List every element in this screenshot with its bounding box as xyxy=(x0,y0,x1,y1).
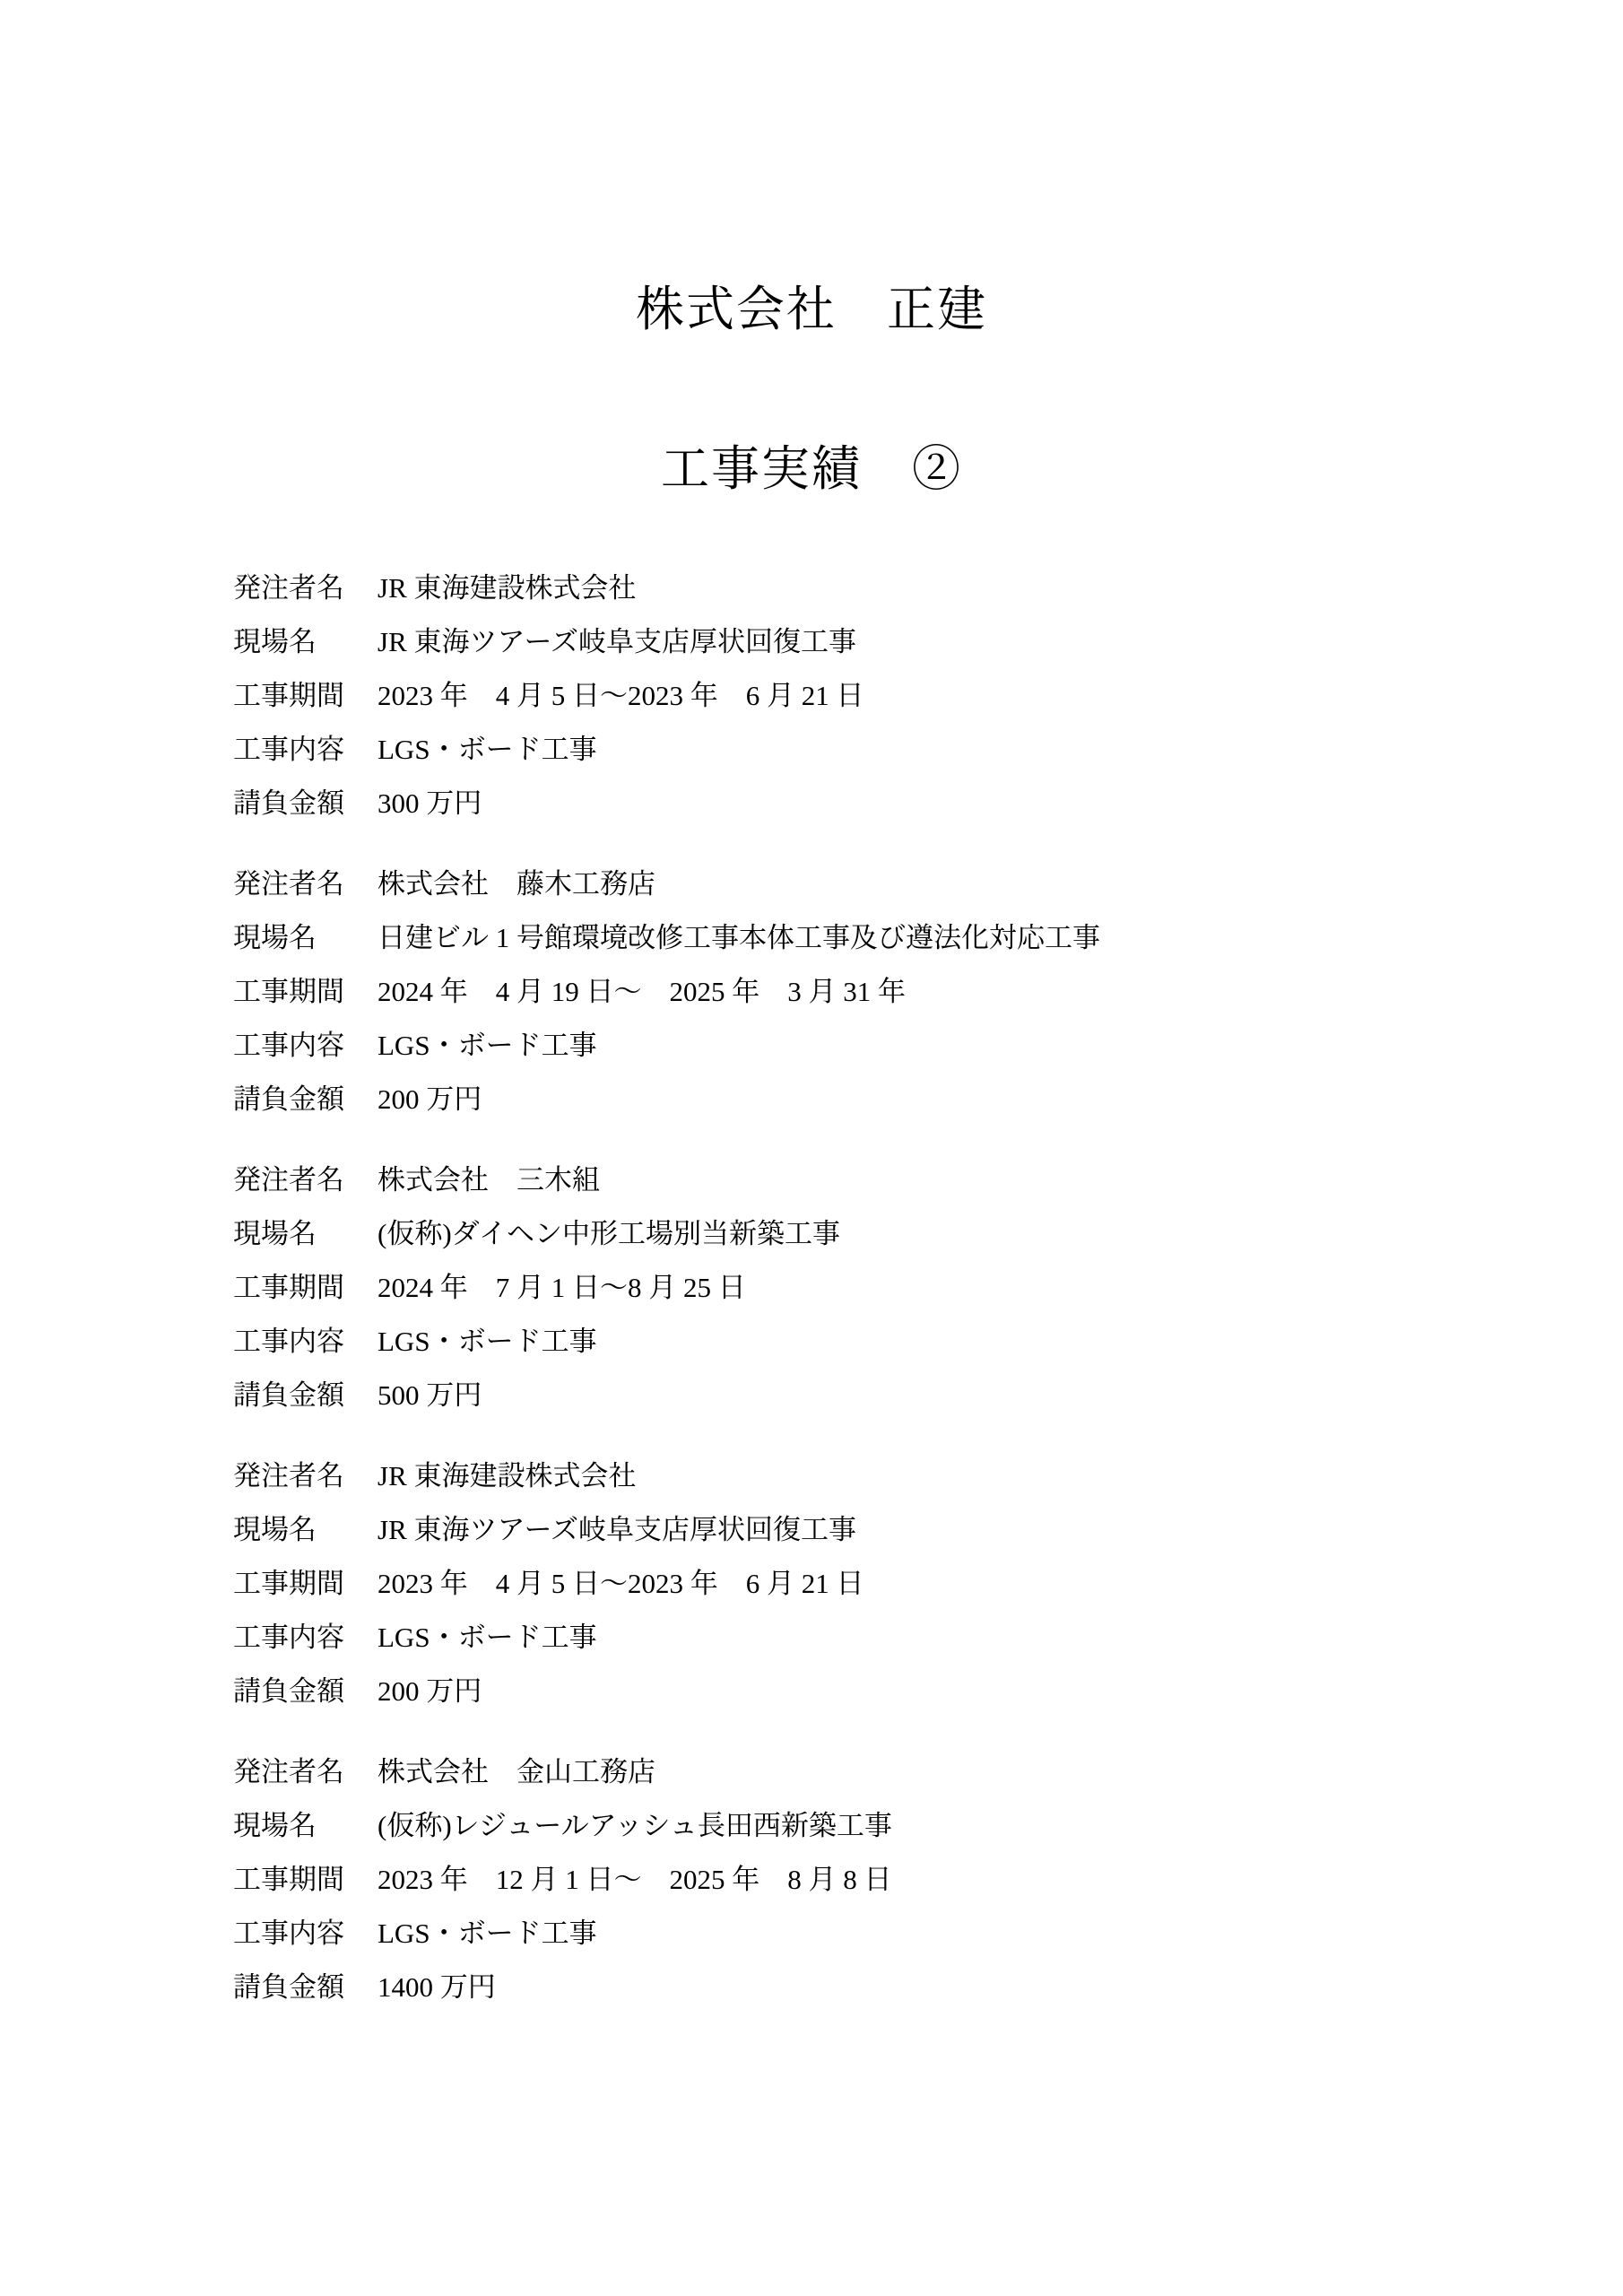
field-row-amount: 請負金額 200 万円 xyxy=(233,1665,1515,1718)
project-records: 発注者名 JR 東海建設株式会社 現場名 JR 東海ツアーズ岐阜支店厚状回復工事… xyxy=(233,561,1515,2014)
field-value-amount: 500 万円 xyxy=(378,1369,1515,1422)
field-row-amount: 請負金額 300 万円 xyxy=(233,777,1515,831)
project-record-3: 発注者名 株式会社 三木組 現場名 (仮称)ダイヘン中形工場別当新築工事 工事期… xyxy=(233,1153,1515,1422)
field-row-content: 工事内容 LGS・ボード工事 xyxy=(233,1611,1515,1665)
field-row-orderer: 発注者名 株式会社 藤木工務店 xyxy=(233,857,1515,911)
field-label-amount: 請負金額 xyxy=(233,1665,378,1718)
field-row-content: 工事内容 LGS・ボード工事 xyxy=(233,723,1515,777)
field-value-orderer: 株式会社 藤木工務店 xyxy=(378,857,1515,911)
field-row-period: 工事期間 2024 年 4 月 19 日～ 2025 年 3 月 31 年 xyxy=(233,965,1515,1019)
field-label-orderer: 発注者名 xyxy=(233,1153,378,1207)
field-label-amount: 請負金額 xyxy=(233,1961,378,2014)
field-value-amount: 1400 万円 xyxy=(378,1961,1515,2014)
field-value-period: 2023 年 12 月 1 日～ 2025 年 8 月 8 日 xyxy=(378,1853,1515,1907)
field-row-site: 現場名 (仮称)ダイヘン中形工場別当新築工事 xyxy=(233,1207,1515,1261)
field-value-content: LGS・ボード工事 xyxy=(378,1019,1515,1073)
field-value-content: LGS・ボード工事 xyxy=(378,1611,1515,1665)
field-row-period: 工事期間 2023 年 4 月 5 日～2023 年 6 月 21 日 xyxy=(233,1557,1515,1611)
field-row-period: 工事期間 2023 年 4 月 5 日～2023 年 6 月 21 日 xyxy=(233,669,1515,723)
field-row-amount: 請負金額 200 万円 xyxy=(233,1073,1515,1126)
project-record-5: 発注者名 株式会社 金山工務店 現場名 (仮称)レジュールアッシュ長田西新築工事… xyxy=(233,1745,1515,2014)
field-row-period: 工事期間 2023 年 12 月 1 日～ 2025 年 8 月 8 日 xyxy=(233,1853,1515,1907)
field-label-site: 現場名 xyxy=(233,1207,378,1261)
document-page: 株式会社 正建 工事実績 ② 発注者名 JR 東海建設株式会社 現場名 JR 東… xyxy=(0,0,1623,2296)
field-label-site: 現場名 xyxy=(233,1503,378,1557)
field-label-period: 工事期間 xyxy=(233,1261,378,1315)
project-record-4: 発注者名 JR 東海建設株式会社 現場名 JR 東海ツアーズ岐阜支店厚状回復工事… xyxy=(233,1449,1515,1718)
field-label-orderer: 発注者名 xyxy=(233,857,378,911)
field-value-period: 2023 年 4 月 5 日～2023 年 6 月 21 日 xyxy=(378,669,1515,723)
field-value-period: 2024 年 7 月 1 日～8 月 25 日 xyxy=(378,1261,1515,1315)
project-record-1: 発注者名 JR 東海建設株式会社 現場名 JR 東海ツアーズ岐阜支店厚状回復工事… xyxy=(233,561,1515,831)
field-value-content: LGS・ボード工事 xyxy=(378,1907,1515,1961)
field-label-period: 工事期間 xyxy=(233,965,378,1019)
field-row-orderer: 発注者名 JR 東海建設株式会社 xyxy=(233,561,1515,615)
field-value-orderer: 株式会社 金山工務店 xyxy=(378,1745,1515,1799)
field-label-orderer: 発注者名 xyxy=(233,561,378,615)
field-row-site: 現場名 JR 東海ツアーズ岐阜支店厚状回復工事 xyxy=(233,615,1515,669)
field-row-orderer: 発注者名 株式会社 金山工務店 xyxy=(233,1745,1515,1799)
field-label-site: 現場名 xyxy=(233,615,378,669)
field-value-amount: 300 万円 xyxy=(378,777,1515,831)
field-value-content: LGS・ボード工事 xyxy=(378,1315,1515,1369)
field-row-content: 工事内容 LGS・ボード工事 xyxy=(233,1019,1515,1073)
field-label-content: 工事内容 xyxy=(233,723,378,777)
field-value-amount: 200 万円 xyxy=(378,1665,1515,1718)
project-record-2: 発注者名 株式会社 藤木工務店 現場名 日建ビル 1 号館環境改修工事本体工事及… xyxy=(233,857,1515,1126)
field-label-content: 工事内容 xyxy=(233,1611,378,1665)
field-value-orderer: JR 東海建設株式会社 xyxy=(378,1449,1515,1503)
field-value-site: (仮称)レジュールアッシュ長田西新築工事 xyxy=(378,1799,1515,1853)
field-label-amount: 請負金額 xyxy=(233,777,378,831)
field-value-orderer: 株式会社 三木組 xyxy=(378,1153,1515,1207)
field-value-site: JR 東海ツアーズ岐阜支店厚状回復工事 xyxy=(378,1503,1515,1557)
field-label-amount: 請負金額 xyxy=(233,1073,378,1126)
field-row-amount: 請負金額 1400 万円 xyxy=(233,1961,1515,2014)
field-value-period: 2023 年 4 月 5 日～2023 年 6 月 21 日 xyxy=(378,1557,1515,1611)
field-value-amount: 200 万円 xyxy=(378,1073,1515,1126)
field-row-site: 現場名 (仮称)レジュールアッシュ長田西新築工事 xyxy=(233,1799,1515,1853)
field-row-orderer: 発注者名 株式会社 三木組 xyxy=(233,1153,1515,1207)
field-label-orderer: 発注者名 xyxy=(233,1449,378,1503)
field-label-content: 工事内容 xyxy=(233,1907,378,1961)
field-row-content: 工事内容 LGS・ボード工事 xyxy=(233,1315,1515,1369)
field-row-amount: 請負金額 500 万円 xyxy=(233,1369,1515,1422)
field-label-site: 現場名 xyxy=(233,911,378,965)
field-label-period: 工事期間 xyxy=(233,669,378,723)
field-value-period: 2024 年 4 月 19 日～ 2025 年 3 月 31 年 xyxy=(378,965,1515,1019)
field-label-site: 現場名 xyxy=(233,1799,378,1853)
field-row-orderer: 発注者名 JR 東海建設株式会社 xyxy=(233,1449,1515,1503)
field-value-site: (仮称)ダイヘン中形工場別当新築工事 xyxy=(378,1207,1515,1261)
field-value-content: LGS・ボード工事 xyxy=(378,723,1515,777)
document-title: 株式会社 正建 xyxy=(0,0,1623,336)
field-label-amount: 請負金額 xyxy=(233,1369,378,1422)
field-label-period: 工事期間 xyxy=(233,1853,378,1907)
field-value-site: 日建ビル 1 号館環境改修工事本体工事及び遵法化対応工事 xyxy=(378,911,1515,965)
field-row-period: 工事期間 2024 年 7 月 1 日～8 月 25 日 xyxy=(233,1261,1515,1315)
field-value-orderer: JR 東海建設株式会社 xyxy=(378,561,1515,615)
field-row-site: 現場名 日建ビル 1 号館環境改修工事本体工事及び遵法化対応工事 xyxy=(233,911,1515,965)
field-label-content: 工事内容 xyxy=(233,1315,378,1369)
field-row-content: 工事内容 LGS・ボード工事 xyxy=(233,1907,1515,1961)
field-label-orderer: 発注者名 xyxy=(233,1745,378,1799)
field-value-site: JR 東海ツアーズ岐阜支店厚状回復工事 xyxy=(378,615,1515,669)
field-label-period: 工事期間 xyxy=(233,1557,378,1611)
field-label-content: 工事内容 xyxy=(233,1019,378,1073)
field-row-site: 現場名 JR 東海ツアーズ岐阜支店厚状回復工事 xyxy=(233,1503,1515,1557)
document-subtitle: 工事実績 ② xyxy=(0,442,1623,496)
